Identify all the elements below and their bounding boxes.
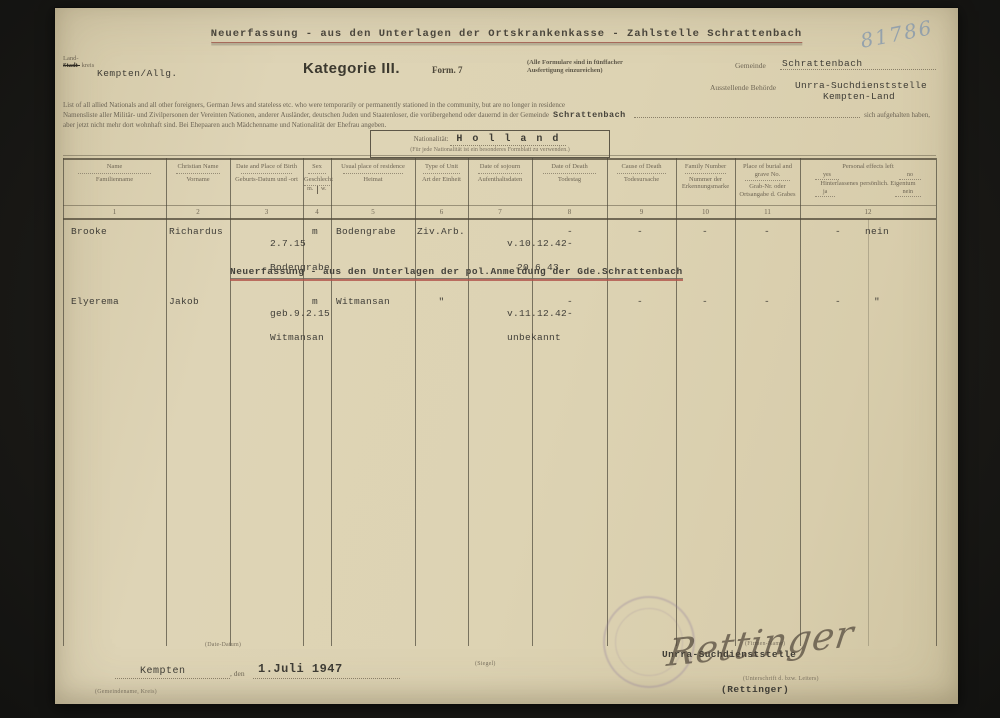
document-page: Neuerfassung - aus den Unterlagen der Or… (55, 8, 958, 704)
intro-paragraph-de: Namensliste aller Militär- und Zivilpers… (63, 110, 930, 120)
row2-dates: v.11.12.42- unbekannt (471, 296, 573, 356)
table-column-line (166, 158, 167, 646)
row2-death-cause: - (632, 296, 648, 308)
nationality-value: H o l l a n d (450, 134, 566, 146)
document-title: Neuerfassung - aus den Unterlagen der Or… (211, 28, 802, 43)
column-number: 8 (532, 206, 607, 218)
sex-subcolumns: m. w. (304, 185, 330, 194)
intro-paragraph-de-line3: aber jetzt nicht mehr dort wohnhaft sind… (63, 120, 930, 130)
column-number: 10 (676, 206, 735, 218)
siegel-label: (Siegel) (475, 661, 496, 668)
form-note: (Alle Formulare sind in fünffacher Ausfe… (527, 59, 623, 75)
table-column-line (230, 158, 231, 646)
table-top-thin-rule (63, 155, 936, 156)
table-column-line (468, 158, 469, 646)
column-header-burial: Place of burial and grave No. Grab-Nr. o… (735, 161, 800, 205)
form-number-label: Form. 7 (432, 65, 463, 75)
column-number: 4 (303, 206, 331, 218)
intro-dotted-line (634, 116, 860, 118)
nationality-box: Nationalität: H o l l a n d (Für jede Na… (370, 130, 610, 158)
column-header-effects: Personal effects left yes no Hinterlasse… (800, 161, 936, 205)
place-value: Kempten (140, 666, 186, 677)
mid-table-banner: Neuerfassung - aus den Unterlagen der po… (230, 266, 683, 279)
land-stadt-kreis-label: Land- Stadt- kreis (63, 55, 94, 69)
stadt-label: Stadt- (63, 62, 80, 69)
den-label: , den (230, 669, 245, 678)
row2-effects-no: " (855, 296, 899, 308)
row2-residence: Witmansan (336, 296, 390, 308)
kreis-label: kreis (82, 62, 95, 69)
handwritten-reference-number: 81786 (858, 15, 935, 53)
row2-christian-name: Jakob (169, 296, 199, 308)
row2-family-number: - (697, 296, 713, 308)
column-number: 9 (607, 206, 676, 218)
column-header-family-number: Family Number Nummer der Erkennungsmarke (676, 161, 735, 205)
effects-subcolumn-line (868, 219, 869, 646)
row2-effects-yes: - (830, 296, 846, 308)
row1-burial: - (759, 226, 775, 238)
row1-death-cause: - (632, 226, 648, 238)
row1-residence: Bodengrabe (336, 226, 396, 238)
header-bottom-rule (63, 218, 936, 220)
column-header-death-date: Date of Death Todestag (532, 161, 607, 205)
effects-yes-no-row: yes no (801, 172, 935, 181)
table-column-line (800, 158, 801, 646)
nationality-note: (Für jede Nationalität ist ein besondere… (371, 147, 609, 153)
table-column-line (607, 158, 608, 646)
row1-family-number: - (697, 226, 713, 238)
behoerde-label: Ausstellende Behörde (710, 83, 776, 92)
column-header-sojourn: Date of sojourn Aufenthaltsdaten (468, 161, 532, 205)
table-column-line (63, 158, 64, 646)
row1-effects-yes: - (830, 226, 846, 238)
row2-burial: - (759, 296, 775, 308)
column-header-residence: Usual place of residence Heimat (331, 161, 415, 205)
column-header-sex: Sex Geschlecht m. w. (303, 161, 331, 205)
table-column-line (331, 158, 332, 646)
scanned-document-canvas: Neuerfassung - aus den Unterlagen der Or… (0, 0, 1000, 718)
gemeinde-value: Schrattenbach (782, 58, 863, 69)
row2-name: Elyerema (71, 296, 119, 308)
column-header-unit: Type of Unit Art der Einheit (415, 161, 468, 205)
column-number: 3 (230, 206, 303, 218)
nationality-line: Nationalität: H o l l a n d (371, 134, 609, 145)
row1-death-date: - (562, 226, 578, 238)
district-value: Kempten/Allg. (97, 68, 178, 79)
row1-sex: m (312, 226, 318, 238)
table-column-line (415, 158, 416, 646)
column-header-birth: Date and Place of Birth Geburts-Datum un… (230, 161, 303, 205)
column-number: 2 (166, 206, 230, 218)
row2-unit: " (415, 296, 468, 308)
date-datum-label: (Date-Datum) (205, 642, 241, 649)
row1-unit: Ziv.Arb. (417, 226, 465, 238)
table-column-line (936, 158, 937, 646)
handwritten-signature: Rettinger (664, 612, 857, 675)
land-label: Land- (63, 55, 94, 62)
table-top-rule (63, 158, 936, 160)
column-number: 5 (331, 206, 415, 218)
behoerde-value: Unrra-Suchdienststelle (795, 80, 927, 91)
kategorie-heading: Kategorie III. (303, 60, 400, 77)
column-header-name: Name Familienname (63, 161, 166, 205)
row1-effects-no: nein (855, 226, 899, 238)
unterschrift-label: (Unterschrift d. bzw. Leiters) (743, 676, 819, 683)
intro-de-pre: Namensliste aller Militär- und Zivilpers… (63, 110, 549, 120)
column-number: 6 (415, 206, 468, 218)
column-header-death-cause: Cause of Death Todesursache (607, 161, 676, 205)
intro-de-typed-value: Schrattenbach (553, 110, 626, 120)
nationality-label: Nationalität: (414, 135, 449, 143)
column-number: 11 (735, 206, 800, 218)
gemeindename-kreis-label: (Gemeindename, Kreis) (95, 689, 157, 696)
column-number: 12 (800, 206, 936, 218)
table-column-line (735, 158, 736, 646)
row2-sex: m (312, 296, 318, 308)
date-dotted-line (253, 678, 400, 679)
column-header-christian-name: Christian Name Vorname (166, 161, 230, 205)
intro-de-post: sich aufgehalten haben, (864, 110, 930, 120)
date-value: 1.Juli 1947 (258, 662, 343, 676)
column-number: 1 (63, 206, 166, 218)
place-dotted-line (115, 678, 230, 679)
signature-typed-name: (Rettinger) (721, 684, 789, 695)
gemeinde-dotted-line (780, 69, 936, 70)
row2-death-date: - (562, 296, 578, 308)
row1-christian-name: Richardus (169, 226, 223, 238)
row1-name: Brooke (71, 226, 107, 238)
table-column-line (676, 158, 677, 646)
gemeinde-label: Gemeinde (735, 61, 766, 70)
column-number: 7 (468, 206, 532, 218)
intro-paragraph-en: List of all allied Nationals and all oth… (63, 100, 930, 110)
effects-ja-nein-row: ja nein (801, 189, 935, 198)
